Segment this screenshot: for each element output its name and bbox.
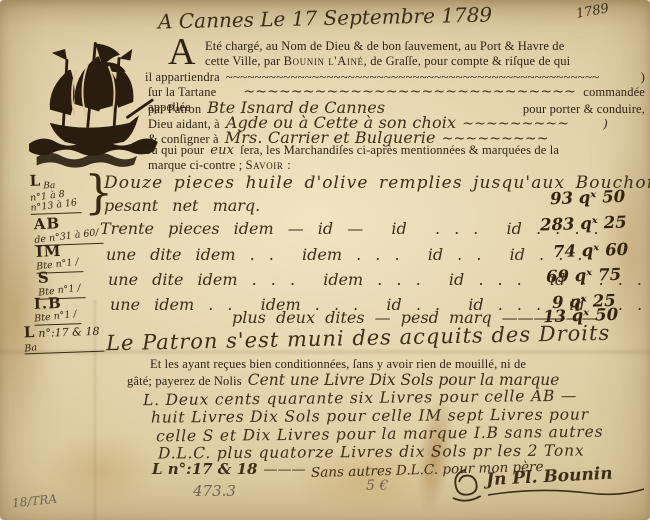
printed-text: gâté; payerez de Nolis <box>127 374 242 389</box>
pencil-reference-note: 18/TRA <box>11 492 57 511</box>
cargo-row-desc: pesant net marq. <box>104 196 260 215</box>
ship-woodcut-icon <box>20 32 165 179</box>
cargo-row-weight: 283 qˣ 25 <box>540 212 627 234</box>
signature-name: Jn Pl. Bounin <box>486 462 647 490</box>
printed-text: , de Graſſe, pour compte & riſque de qui <box>364 54 571 68</box>
handwritten-text: ) <box>603 116 608 131</box>
savoir-label: Savoir : <box>246 158 292 172</box>
printed-text: marque ci-contre ; <box>148 158 246 172</box>
printed-line-8: ou qui pour eux ſera, les Marchandiſes c… <box>145 143 645 158</box>
cargo-row-weight: 74 qˣ 60 <box>553 240 629 262</box>
handwritten-text: eux <box>210 143 234 158</box>
dash-flourish: ——— <box>263 462 305 478</box>
cargo-row-desc: Trente pieces idem — id — id . . . id . … <box>100 219 599 238</box>
printed-text: il appartiendra <box>145 70 220 85</box>
signature-block: Jn Pl. Bounin <box>448 466 646 504</box>
nolis-amount-handwritten: Cent une Livre Dix Sols pour la marque <box>248 371 560 389</box>
nolis-printed-line-1: Et les ayant reçues bien conditionnées, … <box>150 357 526 372</box>
mark-letters: L <box>24 323 36 341</box>
cargo-mark: LBa n°1 à 8 n°13 à 16 <box>29 169 81 215</box>
printed-line-1: Eté chargé, au Nom de Dieu & de bon ſauv… <box>205 39 564 54</box>
mark-reference: L n°:17 & 18 <box>152 460 257 478</box>
corner-year-note: 1789 <box>575 1 610 22</box>
paraph-flourish-icon <box>448 466 482 504</box>
mark-letters: S <box>37 268 49 286</box>
cargo-row-weight: 93 qˣ 50 <box>550 187 626 209</box>
dateline: A Cannes Le 17 Septembre 1789 <box>158 3 493 34</box>
cargo-mark: Ln°:17 & 18 Ba <box>23 320 104 355</box>
cargo-row-desc: une dite idem . . idem . . . id . . id .… <box>106 245 582 264</box>
pencil-price-note: 5 € <box>366 478 388 494</box>
printed-line-3: il appartiendra ~~~~~~~~~~~~~~~~~~~~~~~~… <box>145 69 645 85</box>
mark-letters: L <box>29 171 41 189</box>
printed-flourish: ~~~~~~~~~~~~~~~~~~~~~~~~~~~~~~~~~~~~~~~~… <box>226 69 635 85</box>
printed-text: ) <box>641 70 645 85</box>
printed-line-2: cette Ville, par Bounin l'Ainé, de Graſſ… <box>205 54 570 69</box>
patron-duty-note: Le Patron s'est muni des acquits des Dro… <box>106 321 611 356</box>
pencil-total-note: 473.3 <box>193 482 236 500</box>
mark-letters: AB <box>33 214 60 233</box>
printed-text: cette Ville, par <box>205 54 284 68</box>
shipper-name: Bounin l'Ainé <box>284 54 364 68</box>
printed-line-9: marque ci-contre ; Savoir : <box>148 158 291 173</box>
paper-stain <box>40 430 160 510</box>
document-scan: A Cannes Le 17 Septembre 1789 1789 A Eté… <box>0 0 650 520</box>
printed-text: ou qui pour <box>145 143 204 158</box>
drop-cap: A <box>168 36 196 68</box>
printed-text: ſera, les Marchandiſes ci-après mentionn… <box>240 143 559 158</box>
cargo-row-weight: 69 qˣ 75 <box>546 265 622 287</box>
